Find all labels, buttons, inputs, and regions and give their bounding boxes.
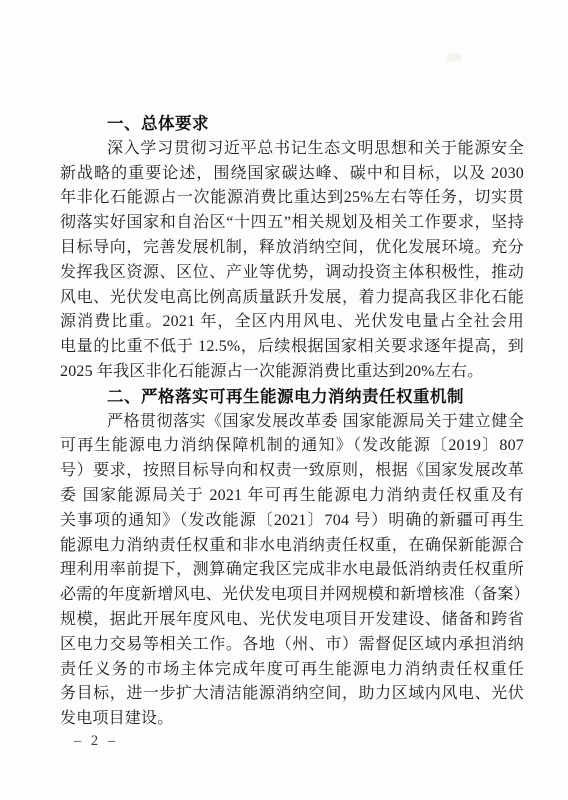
text-line: 目标导向，完善发展机制，释放消纳空间，优化发展环境。充分 xyxy=(60,236,524,261)
text-line: 委 国家能源局关于 2021 年可再生能源电力消纳责任权重及有 xyxy=(60,484,524,509)
page-number: – 2 – xyxy=(74,731,118,751)
text-line: 区电力交易等相关工作。各地（州、市）需督促区域内承担消纳 xyxy=(60,633,524,658)
text-line: 号）要求，按照目标导向和权责一致原则，根据《国家发展改革 xyxy=(60,459,524,484)
text-line: 发电项目建设。 xyxy=(60,707,524,732)
scan-smudge-artifact xyxy=(447,53,461,61)
text-line: 发挥我区资源、区位、产业等优势，调动投资主体积极性，推动 xyxy=(60,261,524,286)
text-line: 必需的年度新增风电、光伏发电项目并网规模和新增核准（备案） xyxy=(60,583,524,608)
text-line: 深入学习贯彻习近平总书记生态文明思想和关于能源安全 xyxy=(60,137,524,162)
document-body: 一、总体要求 深入学习贯彻习近平总书记生态文明思想和关于能源安全 新战略的重要论… xyxy=(60,112,524,732)
text-line: 彻落实好国家和自治区“十四五”相关规划及相关工作要求，坚持 xyxy=(60,211,524,236)
text-line: 源消费比重。2021 年，全区内用风电、光伏发电量占全社会用 xyxy=(60,310,524,335)
section-1-heading: 一、总体要求 xyxy=(60,112,524,137)
text-line: 风电、光伏发电高比例高质量跃升发展，着力提高我区非化石能 xyxy=(60,286,524,311)
text-line: 年非化石能源占一次能源消费比重达到25%左右等任务，切实贯 xyxy=(60,186,524,211)
text-line: 可再生能源电力消纳保障机制的通知》（发改能源〔2019〕807 xyxy=(60,434,524,459)
text-line: 2025 年我区非化石能源占一次能源消费比重达到20%左右。 xyxy=(60,360,524,385)
text-line: 电量的比重不低于 12.5%，后续根据国家相关要求逐年提高，到 xyxy=(60,335,524,360)
text-line: 严格贯彻落实《国家发展改革委 国家能源局关于建立健全 xyxy=(60,410,524,435)
text-line: 规模，据此开展年度风电、光伏发电项目开发建设、储备和跨省 xyxy=(60,608,524,633)
text-line: 责任义务的市场主体完成年度可再生能源电力消纳责任权重任 xyxy=(60,658,524,683)
text-line: 新战略的重要论述，围绕国家碳达峰、碳中和目标，以及 2030 xyxy=(60,162,524,187)
text-line: 务目标，进一步扩大清洁能源消纳空间，助力区域内风电、光伏 xyxy=(60,682,524,707)
text-line: 能源电力消纳责任权重和非水电消纳责任权重，在确保新能源合 xyxy=(60,534,524,559)
text-line: 关事项的通知》（发改能源〔2021〕704 号）明确的新疆可再生 xyxy=(60,509,524,534)
text-line: 理利用率前提下，测算确定我区完成非水电最低消纳责任权重所 xyxy=(60,558,524,583)
section-2-heading: 二、严格落实可再生能源电力消纳责任权重机制 xyxy=(60,385,524,410)
document-page: 一、总体要求 深入学习贯彻习近平总书记生态文明思想和关于能源安全 新战略的重要论… xyxy=(0,0,568,800)
